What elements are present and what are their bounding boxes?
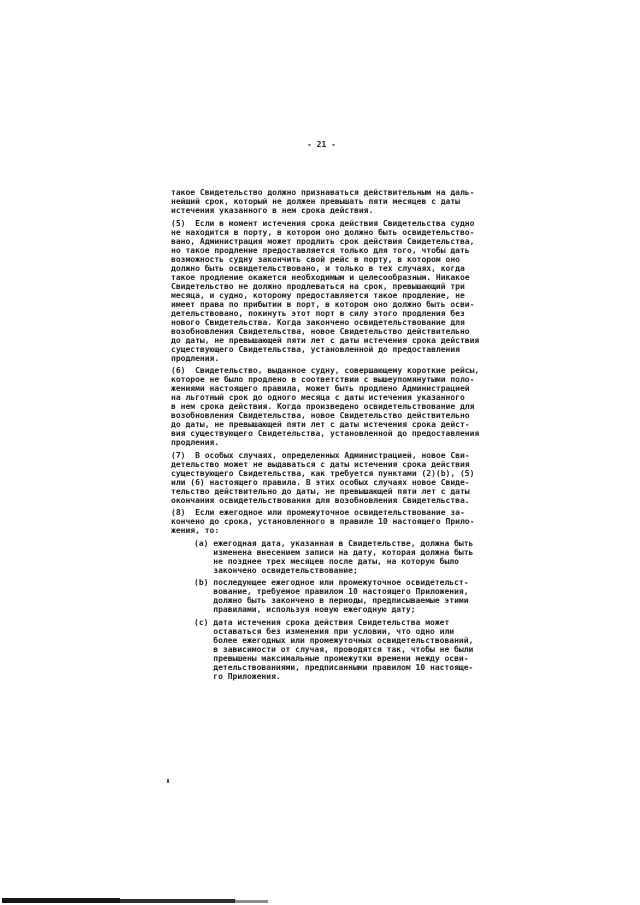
list-item: (b) последующее ежегодное или промежуточ…: [194, 578, 501, 614]
list-item: (c) дата истечения срока действия Свидет…: [194, 618, 501, 681]
page-number: - 21 -: [307, 140, 336, 150]
paragraph: (5) Если в момент истечения срока действ…: [171, 219, 501, 363]
scan-artifact-bottom-bar-light: [235, 900, 268, 903]
paragraph: такое Свидетельство должно признаваться …: [171, 188, 501, 215]
list-item: (a) ежегодная дата, указанная в Свидетел…: [194, 539, 501, 575]
paragraph: (7) В особых случаях, определенных Админ…: [171, 451, 501, 505]
paragraph: (6) Свидетельство, выданное судну, совер…: [171, 366, 501, 447]
scan-artifact-bottom-bar-dark: [2, 898, 120, 903]
scan-artifact-ink-dot: [167, 779, 169, 783]
paragraph: (8) Если ежегодное или промежуточное осв…: [171, 508, 501, 535]
scan-artifact-bottom-bar-mid: [120, 899, 235, 903]
text-block: такое Свидетельство должно признаваться …: [171, 188, 501, 684]
document-page: - 21 - такое Свидетельство должно призна…: [0, 0, 640, 905]
